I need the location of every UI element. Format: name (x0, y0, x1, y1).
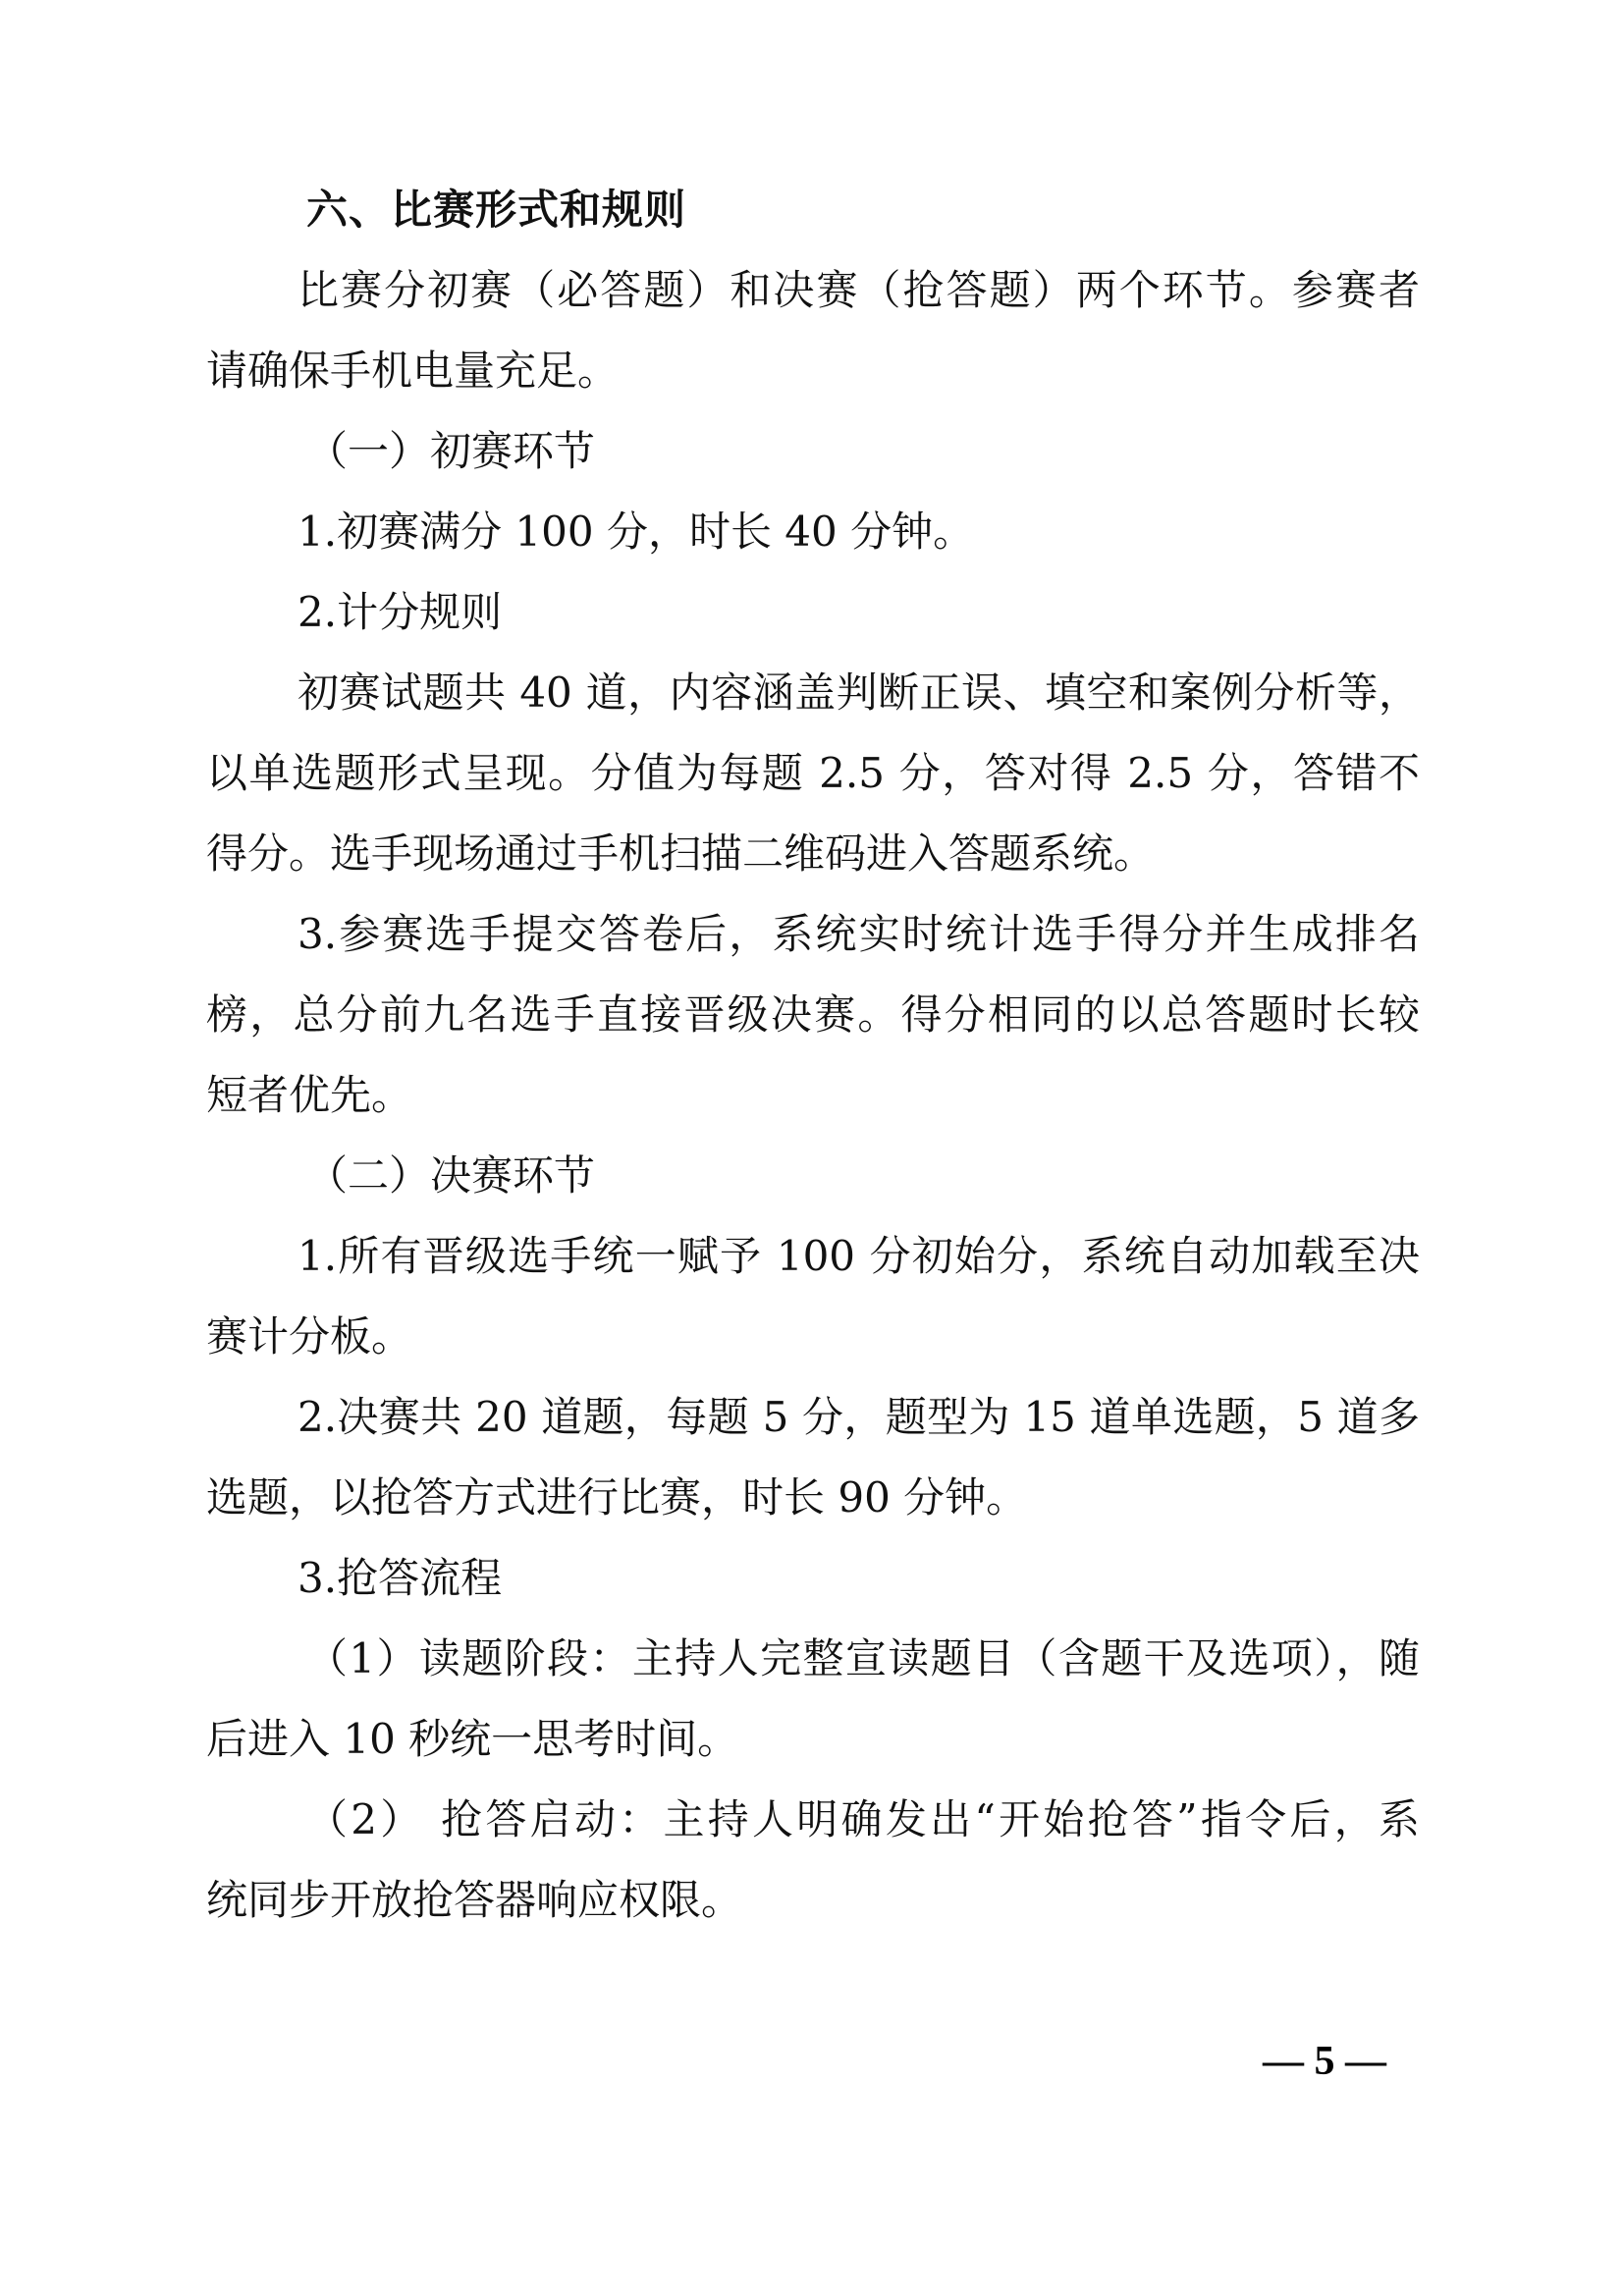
preliminary-item-3-line-3: 短者优先。 (206, 1055, 1420, 1136)
scoring-rules-line-1: 初赛试题共 40 道，内容涵盖判断正误、填空和案例分析等， (206, 653, 1420, 733)
scoring-rules-line-2: 以单选题形式呈现。分值为每题 2.5 分，答对得 2.5 分，答错不 (206, 733, 1420, 814)
subsection-heading-final: （二）决赛环节 (206, 1136, 1420, 1216)
buzzer-step-1-line-1: （1）读题阶段：主持人完整宣读题目（含题干及选项），随 (206, 1619, 1420, 1699)
final-item-1-line-1: 1.所有晋级选手统一赋予 100 分初始分，系统自动加载至决 (206, 1216, 1420, 1297)
final-item-2-line-2: 选题，以抢答方式进行比赛，时长 90 分钟。 (206, 1458, 1420, 1538)
buzzer-step-1-line-2: 后进入 10 秒统一思考时间。 (206, 1699, 1420, 1780)
intro-paragraph-line-2: 请确保手机电量充足。 (206, 331, 1420, 411)
final-item-1-line-2: 赛计分板。 (206, 1297, 1420, 1377)
buzzer-step-2-line-2: 统同步开放抢答器响应权限。 (206, 1860, 1420, 1941)
page-number: — 5 — (1263, 2038, 1386, 2085)
preliminary-item-2-title: 2.计分规则 (206, 572, 1420, 653)
subsection-heading-preliminary: （一）初赛环节 (206, 411, 1420, 492)
document-page: 六、比赛形式和规则 比赛分初赛（必答题）和决赛（抢答题）两个环节。参赛者 请确保… (0, 0, 1623, 2296)
document-body: 六、比赛形式和规则 比赛分初赛（必答题）和决赛（抢答题）两个环节。参赛者 请确保… (206, 170, 1420, 1941)
preliminary-item-3-line-2: 榜，总分前九名选手直接晋级决赛。得分相同的以总答题时长较 (206, 975, 1420, 1055)
preliminary-item-1: 1.初赛满分 100 分，时长 40 分钟。 (206, 492, 1420, 572)
buzzer-step-2-line-1: （2） 抢答启动：主持人明确发出“开始抢答”指令后，系 (206, 1780, 1420, 1860)
final-item-2-line-1: 2.决赛共 20 道题，每题 5 分，题型为 15 道单选题，5 道多 (206, 1377, 1420, 1458)
final-item-3-title: 3.抢答流程 (206, 1538, 1420, 1619)
preliminary-item-3-line-1: 3.参赛选手提交答卷后，系统实时统计选手得分并生成排名 (206, 894, 1420, 975)
intro-paragraph-line-1: 比赛分初赛（必答题）和决赛（抢答题）两个环节。参赛者 (206, 250, 1420, 331)
section-heading: 六、比赛形式和规则 (206, 170, 1420, 250)
scoring-rules-line-3: 得分。选手现场通过手机扫描二维码进入答题系统。 (206, 814, 1420, 894)
